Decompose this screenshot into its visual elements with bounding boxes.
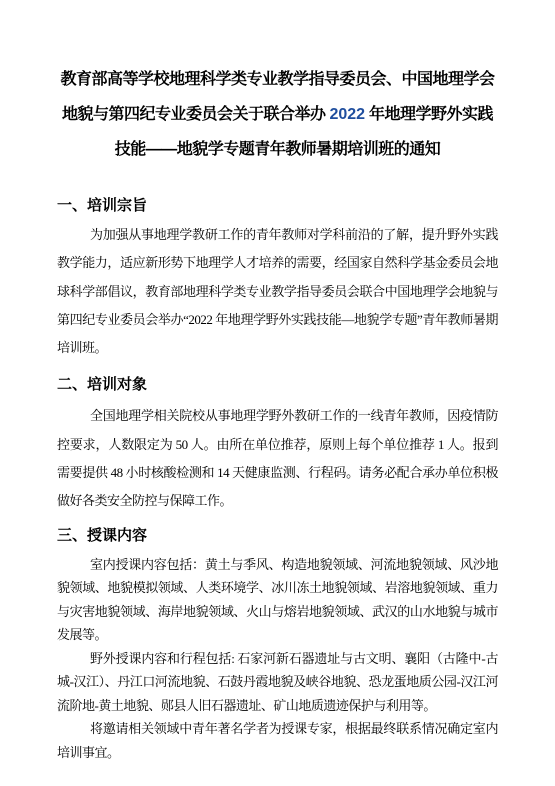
paragraph-invited-experts: 将邀请相关领域中青年著名学者为授课专家，根据最终联系情况确定室内培训事宜。 — [57, 717, 498, 764]
paragraph-training-audience: 全国地理学相关院校从事地理学野外教研工作的一线青年教师，因疫情防控要求，人数限定… — [57, 402, 498, 515]
document-page: 教育部高等学校地理科学类专业教学指导委员会、中国地理学会地貌与第四纪专业委员会关… — [0, 0, 555, 786]
document-title: 教育部高等学校地理科学类专业教学指导委员会、中国地理学会地貌与第四纪专业委员会关… — [57, 62, 498, 167]
section-heading-course-content: 三、授课内容 — [57, 526, 498, 546]
section-heading-training-audience: 二、培训对象 — [57, 375, 498, 395]
document-title-year: 2022 — [329, 106, 365, 123]
section-heading-training-purpose: 一、培训宗旨 — [57, 196, 498, 216]
paragraph-indoor-courses: 室内授课内容包括：黄土与季风、构造地貌领域、河流地貌领域、风沙地貌领域、地貌模拟… — [57, 553, 498, 647]
paragraph-field-courses: 野外授课内容和行程包括: 石家河新石器遗址与古文明、襄阳（古隆中-古城-汉江）、… — [57, 647, 498, 718]
paragraph-training-purpose: 为加强从事地理学教研工作的青年教师对学科前沿的了解，提升野外实践教学能力，适应新… — [57, 221, 498, 362]
